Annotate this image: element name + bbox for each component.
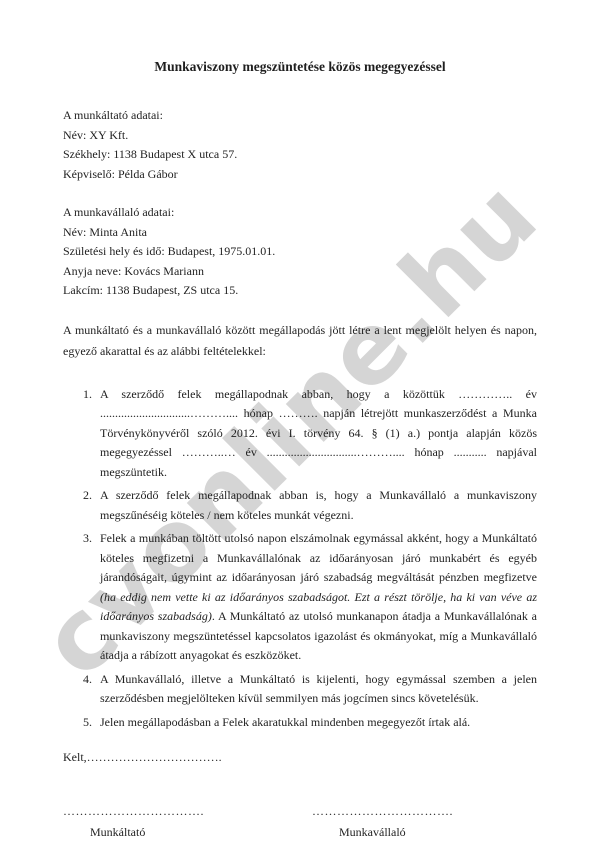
clause-number: 4. [63, 670, 100, 709]
clause-text: Jelen megállapodásban a Felek akaratukka… [100, 713, 537, 733]
clause-number: 1. [63, 385, 100, 483]
clause-text: A szerződő felek megállapodnak abban, ho… [100, 385, 537, 483]
signature-section: ……………………………. Munkáltató ……………………………. Mun… [63, 802, 537, 846]
clause-item-2: 2. A szerződő felek megállapodnak abban … [63, 486, 537, 525]
clause-number: 2. [63, 486, 100, 525]
date-placeholder-line: Kelt,……………………………. [63, 748, 537, 768]
intro-paragraph: A munkáltató és a munkavállaló között me… [63, 320, 537, 362]
employer-representative: Képviselő: Példa Gábor [63, 165, 537, 185]
page-title: Munkaviszony megszüntetése közös megegye… [63, 58, 537, 76]
clause-list: 1. A szerződő felek megállapodnak abban,… [63, 385, 537, 733]
clause-text: A Munkavállaló, illetve a Munkáltató is … [100, 670, 537, 709]
employee-signature-label: Munkavállaló [312, 823, 492, 843]
clause-number: 3. [63, 529, 100, 666]
employer-address: Székhely: 1138 Budapest X utca 57. [63, 145, 537, 165]
employee-birth: Születési hely és idő: Budapest, 1975.01… [63, 242, 537, 262]
employer-section: A munkáltató adatai: Név: XY Kft. Székhe… [63, 106, 537, 184]
clause-item-3: 3. Felek a munkában töltött utolsó napon… [63, 529, 537, 666]
employee-section: A munkavállaló adatai: Név: Minta Anita … [63, 203, 537, 301]
employee-signature-block: ……………………………. Munkavállaló [312, 802, 492, 843]
clause-item-5: 5. Jelen megállapodásban a Felek akaratu… [63, 713, 537, 733]
employee-signature-line: ……………………………. [312, 802, 492, 822]
clause-text: Felek a munkában töltött utolsó napon el… [100, 529, 537, 666]
employee-name: Név: Minta Anita [63, 223, 537, 243]
clause-number: 5. [63, 713, 100, 733]
employer-heading: A munkáltató adatai: [63, 106, 537, 126]
clause-item-4: 4. A Munkavállaló, illetve a Munkáltató … [63, 670, 537, 709]
clause-text: A szerződő felek megállapodnak abban is,… [100, 486, 537, 525]
clause-item-1: 1. A szerződő felek megállapodnak abban,… [63, 385, 537, 483]
employer-name: Név: XY Kft. [63, 126, 537, 146]
document-page: cvonline.hu Munkaviszony megszüntetése k… [0, 0, 600, 858]
clause-text-normal: Felek a munkában töltött utolsó napon el… [100, 531, 537, 584]
employer-signature-line: ……………………………. [63, 802, 243, 822]
employee-mother: Anyja neve: Kovács Mariann [63, 262, 537, 282]
document-content: Munkaviszony megszüntetése közös megegye… [0, 0, 600, 846]
employer-signature-label: Munkáltató [63, 823, 243, 843]
employer-signature-block: ……………………………. Munkáltató [63, 802, 243, 843]
employee-heading: A munkavállaló adatai: [63, 203, 537, 223]
employee-home: Lakcím: 1138 Budapest, ZS utca 15. [63, 281, 537, 301]
